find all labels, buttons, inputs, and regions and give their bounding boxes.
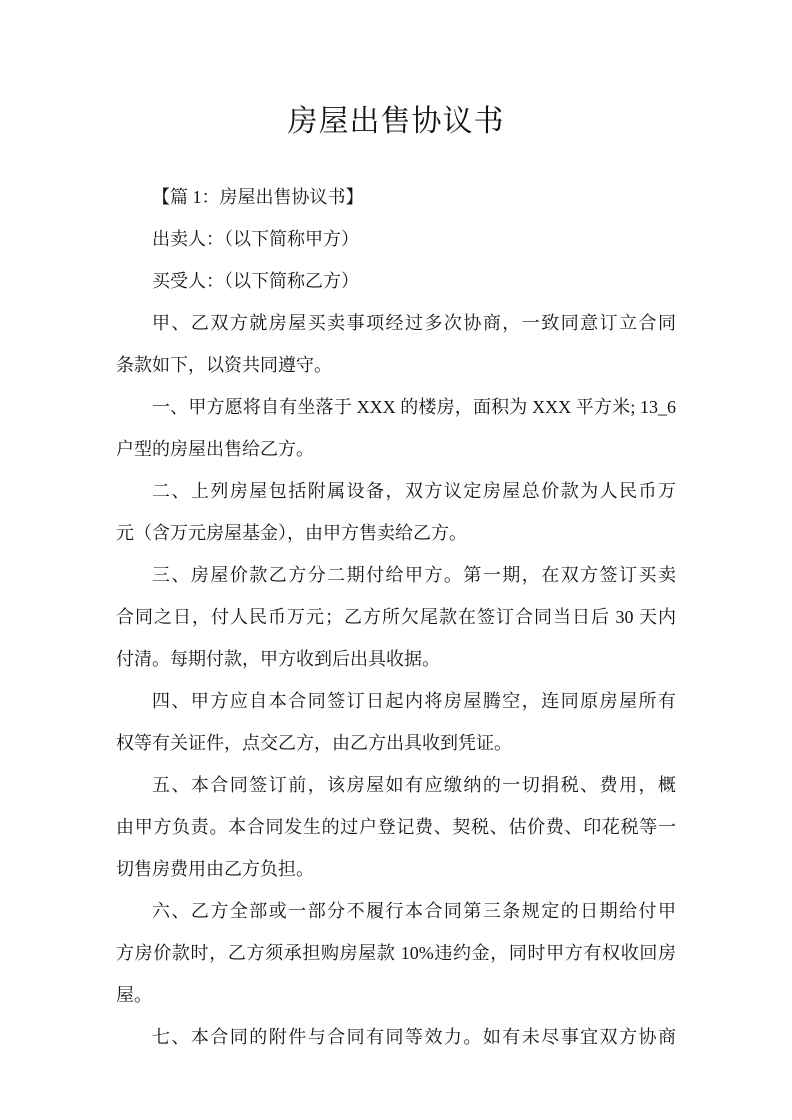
paragraph-clause-1: 一、甲方愿将自有坐落于 XXX 的楼房，面积为 XXX 平方米; 13_6 户型… (116, 386, 676, 470)
paragraph-line: 户型的房屋出售给乙方。 (116, 428, 676, 470)
paragraph-line: 权等有关证件，点交乙方，由乙方出具收到凭证。 (116, 722, 676, 764)
paragraph-line: 六、乙方全部或一部分不履行本合同第三条规定的日期给付甲 (116, 890, 676, 932)
paragraph-clause-4: 四、甲方应自本合同签订日起内将房屋腾空，连同原房屋所有 权等有关证件，点交乙方，… (116, 680, 676, 764)
paragraph-clause-6: 六、乙方全部或一部分不履行本合同第三条规定的日期给付甲 方房价款时，乙方须承担购… (116, 890, 676, 1016)
paragraph-line: 买受人：（以下简称乙方） (116, 260, 676, 302)
paragraph-line: 由甲方负责。本合同发生的过户登记费、契税、估价费、印花税等一 (116, 806, 676, 848)
paragraph-preamble: 甲、乙双方就房屋买卖事项经过多次协商，一致同意订立合同 条款如下，以资共同遵守。 (116, 302, 676, 386)
paragraph-heading: 【篇 1：房屋出售协议书】 (116, 176, 676, 218)
paragraph-clause-7: 七、本合同的附件与合同有同等效力。如有未尽事宜双方协商 (116, 1016, 676, 1058)
paragraph-line: 方房价款时，乙方须承担购房屋款 10%违约金，同时甲方有权收回房 (116, 932, 676, 974)
paragraph-buyer: 买受人：（以下简称乙方） (116, 260, 676, 302)
paragraph-line: 七、本合同的附件与合同有同等效力。如有未尽事宜双方协商 (116, 1016, 676, 1058)
paragraph-clause-5: 五、本合同签订前，该房屋如有应缴纳的一切捐税、费用，概 由甲方负责。本合同发生的… (116, 764, 676, 890)
paragraph-clause-3: 三、房屋价款乙方分二期付给甲方。第一期，在双方签订买卖 合同之日，付人民币万元；… (116, 554, 676, 680)
paragraph-line: 甲、乙双方就房屋买卖事项经过多次协商，一致同意订立合同 (116, 302, 676, 344)
paragraph-line: 屋。 (116, 974, 676, 1016)
paragraph-line: 条款如下，以资共同遵守。 (116, 344, 676, 386)
paragraph-seller: 出卖人：（以下简称甲方） (116, 218, 676, 260)
paragraph-line: 三、房屋价款乙方分二期付给甲方。第一期，在双方签订买卖 (116, 554, 676, 596)
paragraph-line: 二、上列房屋包括附属设备，双方议定房屋总价款为人民币万 (116, 470, 676, 512)
paragraph-line: 合同之日，付人民币万元；乙方所欠尾款在签订合同当日后 30 天内 (116, 596, 676, 638)
paragraph-clause-2: 二、上列房屋包括附属设备，双方议定房屋总价款为人民币万 元（含万元房屋基金），由… (116, 470, 676, 554)
document-title: 房屋出售协议书 (0, 0, 792, 144)
paragraph-line: 切售房费用由乙方负担。 (116, 848, 676, 890)
paragraph-line: 【篇 1：房屋出售协议书】 (116, 176, 676, 218)
document-page: 房屋出售协议书 【篇 1：房屋出售协议书】 出卖人：（以下简称甲方） 买受人：（… (0, 0, 792, 1120)
paragraph-line: 五、本合同签订前，该房屋如有应缴纳的一切捐税、费用，概 (116, 764, 676, 806)
paragraph-line: 元（含万元房屋基金），由甲方售卖给乙方。 (116, 512, 676, 554)
paragraph-line: 四、甲方应自本合同签订日起内将房屋腾空，连同原房屋所有 (116, 680, 676, 722)
paragraph-line: 付清。每期付款，甲方收到后出具收据。 (116, 638, 676, 680)
paragraph-line: 出卖人：（以下简称甲方） (116, 218, 676, 260)
document-body: 【篇 1：房屋出售协议书】 出卖人：（以下简称甲方） 买受人：（以下简称乙方） … (116, 176, 676, 1058)
paragraph-line: 一、甲方愿将自有坐落于 XXX 的楼房，面积为 XXX 平方米; 13_6 (116, 386, 676, 428)
